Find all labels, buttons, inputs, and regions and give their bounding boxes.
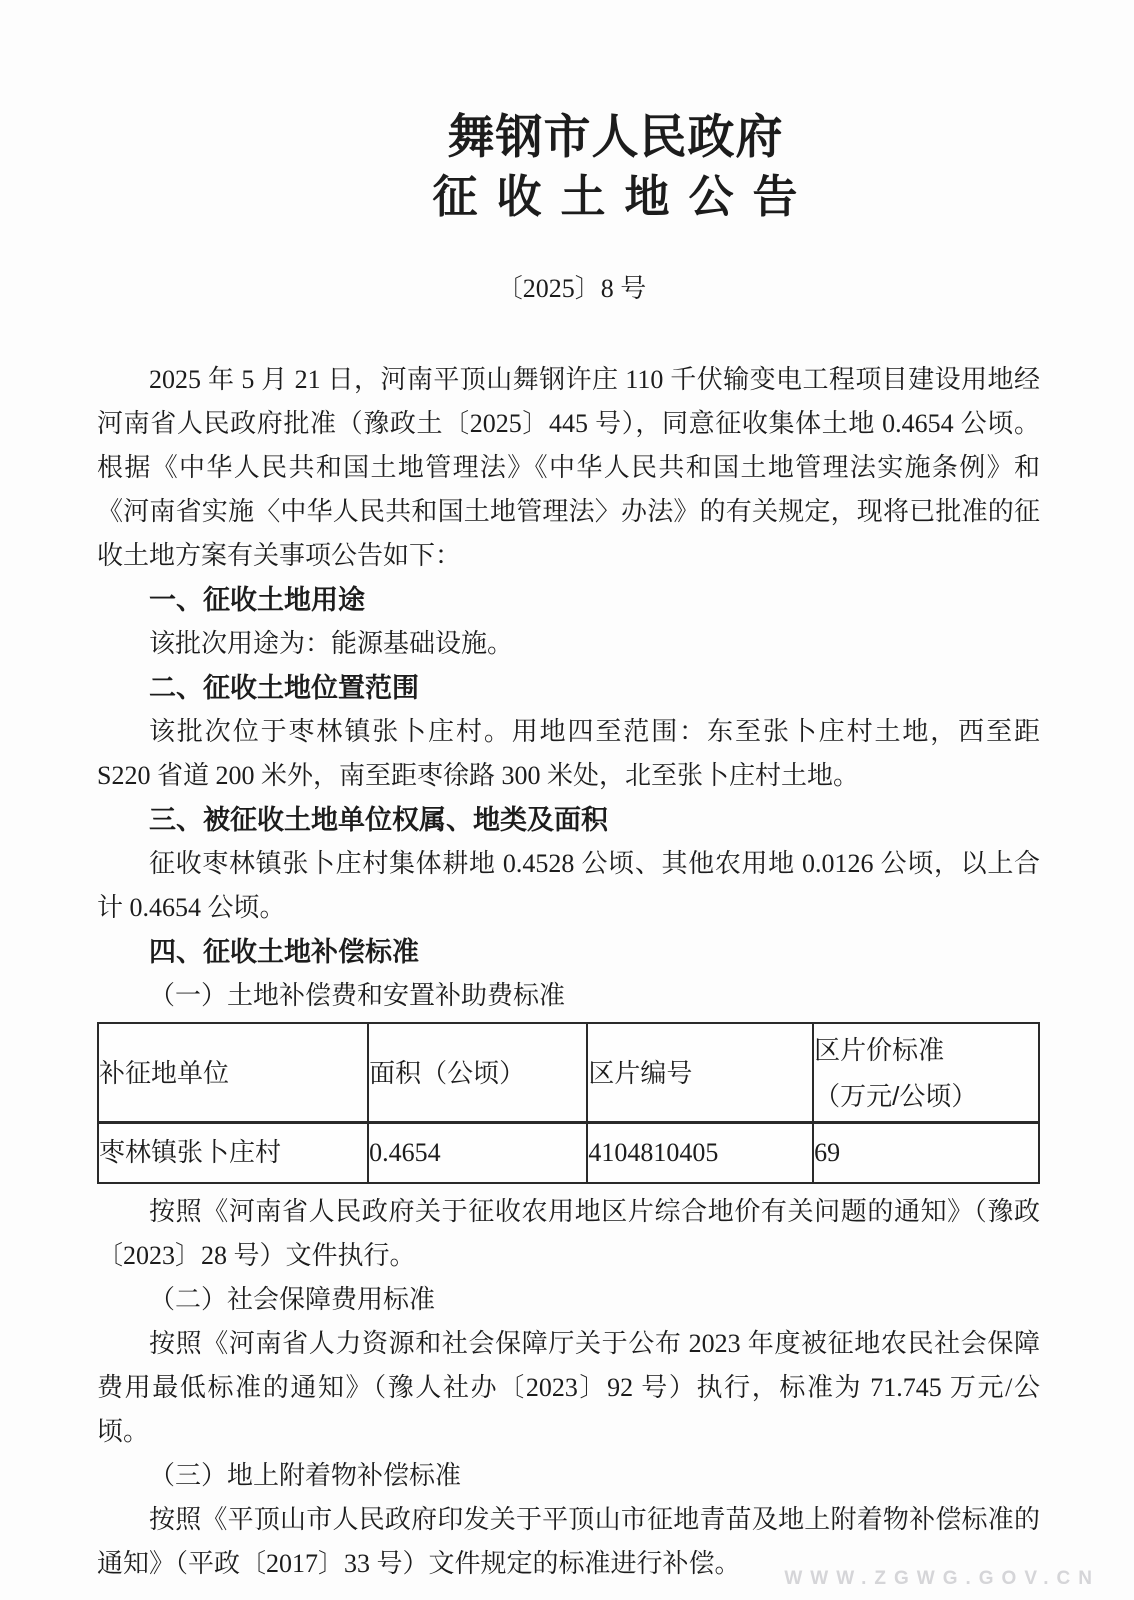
document-body: 2025 年 5 月 21 日，河南平顶山舞钢许庄 110 千伏输变电工程项目建… <box>97 358 1040 1586</box>
table-header-area: 面积（公顷） <box>368 1023 587 1123</box>
cell-block-price: 69 <box>813 1123 1039 1184</box>
table-header-block-price-label-line2: （万元/公顷） <box>814 1073 1038 1119</box>
section-1-heading: 一、征收土地用途 <box>97 578 1040 622</box>
section-4-table-note: 按照《河南省人民政府关于征收农用地区片综合地价有关问题的通知》（豫政〔2023〕… <box>97 1190 1040 1278</box>
document-number: 〔2025〕8 号 <box>100 274 1043 304</box>
section-4-sub2-heading: （二）社会保障费用标准 <box>97 1278 1040 1322</box>
section-2-text: 该批次位于枣林镇张卜庄村。用地四至范围：东至张卜庄村土地，西至距 S220 省道… <box>97 710 1040 798</box>
table-data-row: 枣林镇张卜庄村 0.4654 4104810405 69 <box>98 1123 1039 1184</box>
section-4-sub1-heading: （一）土地补偿费和安置补助费标准 <box>97 974 1040 1018</box>
section-3-text: 征收枣林镇张卜庄村集体耕地 0.4528 公顷、其他农用地 0.0126 公顷，… <box>97 842 1040 930</box>
table-header-block-price: 区片价标准 （万元/公顷） <box>813 1023 1039 1123</box>
compensation-standard-table: 补征地单位 面积（公顷） 区片编号 区片价标准 （万元/公顷） <box>97 1022 1040 1184</box>
table-header-area-label: 面积（公顷） <box>369 1050 586 1096</box>
section-2-heading: 二、征收土地位置范围 <box>97 666 1040 710</box>
table-header-unit: 补征地单位 <box>98 1023 368 1123</box>
document-content: 舞钢市人民政府 征收土地公告 〔2025〕8 号 2025 年 5 月 21 日… <box>97 112 1040 1586</box>
section-3-heading: 三、被征收土地单位权属、地类及面积 <box>97 798 1040 842</box>
site-watermark: WWW.ZGWG.GOV.CN <box>784 1568 1100 1590</box>
scanned-document-page: 舞钢市人民政府 征收土地公告 〔2025〕8 号 2025 年 5 月 21 日… <box>0 0 1134 1600</box>
cell-block-number: 4104810405 <box>587 1123 813 1184</box>
cell-area: 0.4654 <box>368 1123 587 1184</box>
section-4-sub2-text: 按照《河南省人力资源和社会保障厅关于公布 2023 年度被征地农民社会保障费用最… <box>97 1322 1040 1454</box>
intro-paragraph: 2025 年 5 月 21 日，河南平顶山舞钢许庄 110 千伏输变电工程项目建… <box>97 358 1040 578</box>
table-header-row: 补征地单位 面积（公顷） 区片编号 区片价标准 （万元/公顷） <box>98 1023 1039 1123</box>
section-4-heading: 四、征收土地补偿标准 <box>97 930 1040 974</box>
table-header-block-number-label: 区片编号 <box>588 1050 812 1096</box>
section-1-text: 该批次用途为：能源基础设施。 <box>97 622 1040 666</box>
cell-unit: 枣林镇张卜庄村 <box>98 1123 368 1184</box>
table-header-block-number: 区片编号 <box>587 1023 813 1123</box>
section-4-sub3-heading: （三）地上附着物补偿标准 <box>97 1454 1040 1498</box>
issuing-authority-title: 舞钢市人民政府 <box>144 112 1087 164</box>
table-header-unit-label: 补征地单位 <box>99 1050 367 1096</box>
announcement-title: 征收土地公告 <box>153 172 1096 222</box>
table-header-block-price-label-line1: 区片价标准 <box>814 1027 1038 1073</box>
